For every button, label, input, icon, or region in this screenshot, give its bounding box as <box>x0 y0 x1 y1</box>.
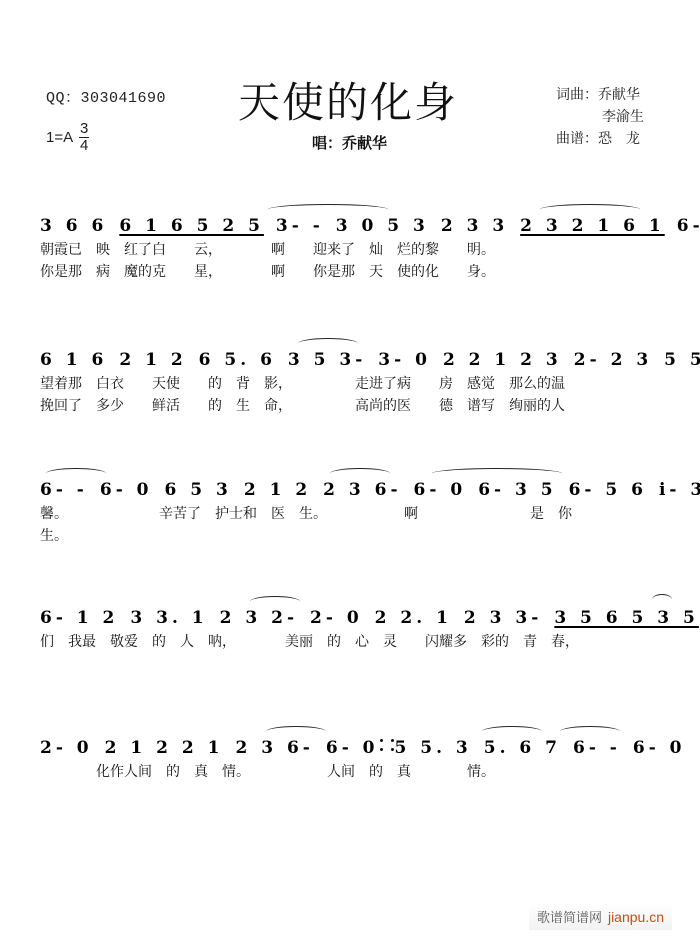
measure: 6- - <box>40 480 88 500</box>
slur-arc <box>560 726 620 737</box>
lyricist-composer-2: 李渝生 <box>556 106 644 128</box>
staff-line-3: 6- - 6- 0 6 5 3 2 1 2 2 3 6- 6- 0 6- 3 5… <box>40 470 665 544</box>
measure: 3 6 6 <box>40 216 107 236</box>
staff-line-4: 6- 1 2 3 3. 1 2 3 2- 2- 0 2 2. 1 2 3 3- … <box>40 598 665 650</box>
measure: 2 3 2- <box>220 608 298 628</box>
notes-row: 3 6 6 6 1 6 5 2 5 3- - 3 0 5 3 2 3 3 2 3… <box>40 206 665 236</box>
transcriber: 曲谱：恐 龙 <box>556 128 644 150</box>
measure: 2 1 2 <box>244 480 311 500</box>
slur-arc <box>266 726 326 737</box>
lyrics-verse-1: 馨。 辛苦了 护士和 医 生。 啊 是 你 <box>40 506 665 522</box>
time-sig-bottom: 4 <box>80 139 88 153</box>
lyrics-verse-2: 你是那 病 魔的克 星， 啊 你是那 天 使的化 身。 <box>40 264 665 280</box>
measure: 2 3 6- <box>235 738 313 758</box>
measure: 3- 0 <box>378 350 431 370</box>
measure: 2 2. 1 <box>375 608 452 628</box>
slur-arc <box>540 204 640 215</box>
watermark: 歌谱简谱网 jianpu.cn <box>529 903 672 930</box>
measure: 5 5 3 5 6 <box>664 350 700 370</box>
time-signature: 3 4 <box>79 122 89 153</box>
measure: 3 3. 1 <box>130 608 207 628</box>
measure: 2- 0 <box>310 608 363 628</box>
staff-line-2: 6 1 6 2 1 2 6 5. 6 3 5 3- 3- 0 2 2 1 2 3… <box>40 340 665 414</box>
slur-arc <box>250 596 300 607</box>
measure: 2 1 2 2 1 <box>105 738 224 758</box>
lyrics-verse-2: 生。 <box>40 528 665 544</box>
measure: 6- 0 <box>633 738 686 758</box>
measure: 6- 3 5 <box>478 480 556 500</box>
measure: 3- - <box>276 216 324 236</box>
notes-row: 6 1 6 2 1 2 6 5. 6 3 5 3- 3- 0 2 2 1 2 3… <box>40 340 665 370</box>
credits: 词曲：乔献华 李渝生 曲谱：恐 龙 <box>556 84 644 150</box>
measure: 5 5. 3 <box>395 738 472 758</box>
lyrics-verse-1: 们 我最 敬爱 的 人 呐， 美丽 的 心 灵 闪耀多 彩的 青 春， <box>40 634 665 650</box>
singer: 唱：乔献华 <box>312 132 387 153</box>
slur-arc <box>330 468 390 479</box>
watermark-cn: 歌谱简谱网 <box>537 907 602 926</box>
repeat-end-dots <box>380 732 383 758</box>
notes-row: 6- 1 2 3 3. 1 2 3 2- 2- 0 2 2. 1 2 3 3- … <box>40 598 665 628</box>
measure: 6- 0 <box>414 480 467 500</box>
measure: 2 2 1 2 3 <box>443 350 562 370</box>
song-title: 天使的化身 <box>238 70 458 130</box>
measure: 2 3 6- <box>323 480 401 500</box>
measure: 2 1 2 <box>119 350 186 370</box>
measure: 6 5. 6 <box>199 350 276 370</box>
lyrics-verse-1: 望着那 白衣 天使 的 背 影， 走进了病 房 感觉 那么的温 <box>40 376 665 392</box>
staff-line-1: 3 6 6 6 1 6 5 2 5 3- - 3 0 5 3 2 3 3 2 3… <box>40 206 665 280</box>
qq-number: QQ：303041690 <box>46 86 166 107</box>
measure: 6 1 6 <box>40 350 107 370</box>
notes-row: 2- 0 2 1 2 2 1 2 3 6- 6- 0 5 5. 3 5. 6 7… <box>40 728 665 758</box>
measure: 6- - <box>677 216 700 236</box>
key-label: 1=A <box>46 129 73 146</box>
lyrics-verse-2: 挽回了 多少 鲜活 的 生 命， 高尚的医 德 谱写 绚丽的人 <box>40 398 665 414</box>
measure: i- 3 5 <box>659 480 700 500</box>
repeat-start-dots <box>391 732 394 758</box>
slur-arc <box>298 338 358 349</box>
measure: 2- 0 <box>40 738 93 758</box>
measure: 2 3 3- <box>464 608 542 628</box>
measure: 6- 5 6 <box>569 480 647 500</box>
slur-arc <box>46 468 106 479</box>
watermark-en: jianpu.cn <box>608 909 664 925</box>
lyricist-composer: 词曲：乔献华 <box>556 84 644 106</box>
slur-arc <box>482 726 542 737</box>
measure: 3 0 5 3 <box>336 216 429 236</box>
slur-arc <box>268 204 388 215</box>
measure: 2 3 2 1 6 1 <box>520 216 665 236</box>
staff-line-5: 2- 0 2 1 2 2 1 2 3 6- 6- 0 5 5. 3 5. 6 7… <box>40 728 665 780</box>
measure: 3 5 6 5 3 5 <box>554 608 699 628</box>
measure: 6- - <box>573 738 621 758</box>
lyrics-verse-1: 化作人间 的 真 情。 人间 的 真 情。 <box>40 764 665 780</box>
time-sig-top: 3 <box>80 122 88 136</box>
measure: 5. 6 7 <box>484 738 561 758</box>
slur-arc <box>652 594 672 605</box>
key-signature: 1=A 3 4 <box>46 122 89 153</box>
notes-row: 6- - 6- 0 6 5 3 2 1 2 2 3 6- 6- 0 6- 3 5… <box>40 470 665 500</box>
measure: 6 5 3 <box>165 480 232 500</box>
slur-arc <box>432 468 562 479</box>
measure: 2 3 3 <box>441 216 508 236</box>
lyrics-verse-1: 朝霞已 映 红了白 云， 啊 迎来了 灿 烂的黎 明。 <box>40 242 665 258</box>
measure: 2- 2 3 <box>574 350 652 370</box>
measure: 6- 0 <box>326 738 379 758</box>
measure: 3 5 3- <box>288 350 366 370</box>
measure: 6- 0 <box>100 480 153 500</box>
measure: 6- 1 2 <box>40 608 118 628</box>
measure: 6 1 6 5 2 5 <box>119 216 264 236</box>
